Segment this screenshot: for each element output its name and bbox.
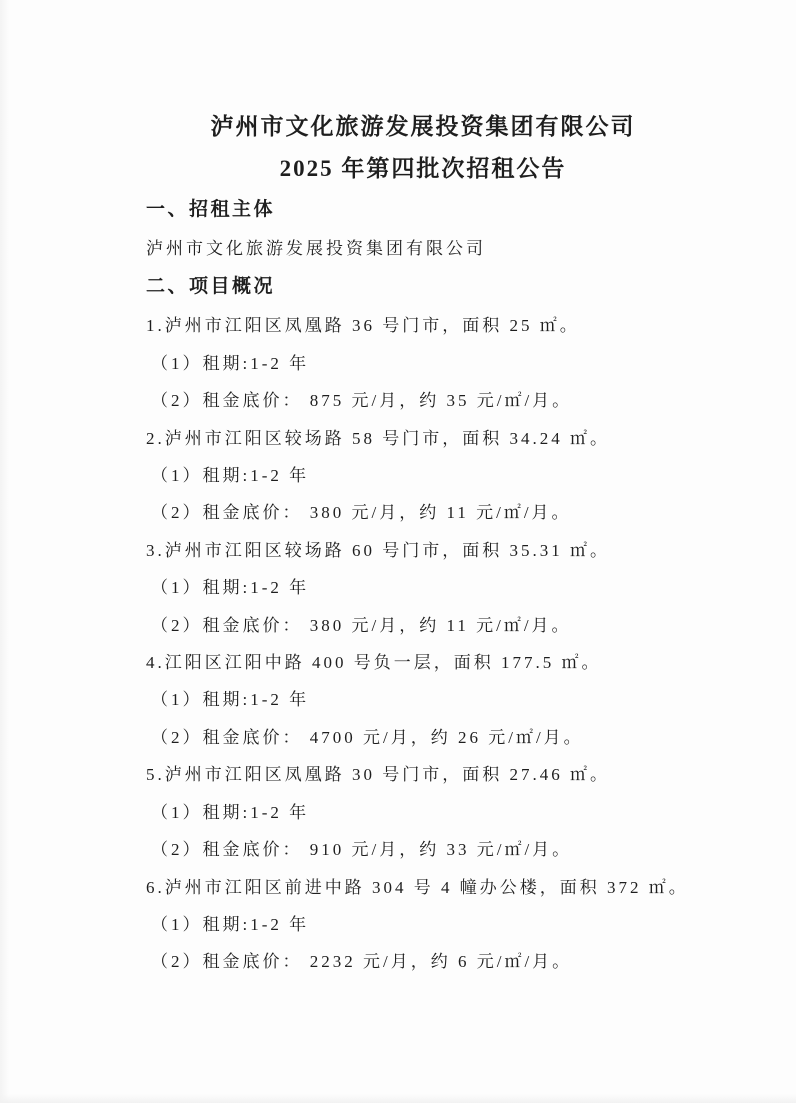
section-1-heading: 一、招租主体 <box>146 190 700 230</box>
document-subtitle: 2025 年第四批次招租公告 <box>146 148 700 190</box>
item-address: 1.泸州市江阳区凤凰路 36 号门市，面积 25 ㎡。 <box>146 307 700 344</box>
item-address: 6.泸州市江阳区前进中路 304 号 4 幢办公楼，面积 372 ㎡。 <box>146 869 700 906</box>
rental-item: 4.江阳区江阳中路 400 号负一层，面积 177.5 ㎡。 （1）租期:1-2… <box>146 644 700 756</box>
item-term: （1）租期:1-2 年 <box>146 794 700 831</box>
rental-item: 3.泸州市江阳区较场路 60 号门市，面积 35.31 ㎡。 （1）租期:1-2… <box>146 532 700 644</box>
document-title: 泸州市文化旅游发展投资集团有限公司 <box>146 106 700 148</box>
item-term: （1）租期:1-2 年 <box>146 681 700 718</box>
rental-item: 6.泸州市江阳区前进中路 304 号 4 幢办公楼，面积 372 ㎡。 （1）租… <box>146 869 700 981</box>
item-term: （1）租期:1-2 年 <box>146 457 700 494</box>
item-rent: （2）租金底价： 2232 元/月，约 6 元/㎡/月。 <box>146 943 700 980</box>
rental-item: 1.泸州市江阳区凤凰路 36 号门市，面积 25 ㎡。 （1）租期:1-2 年 … <box>146 307 700 419</box>
item-rent: （2）租金底价： 875 元/月，约 35 元/㎡/月。 <box>146 382 700 419</box>
page-bottom-edge <box>0 1094 796 1103</box>
item-address: 2.泸州市江阳区较场路 58 号门市，面积 34.24 ㎡。 <box>146 420 700 457</box>
item-term: （1）租期:1-2 年 <box>146 345 700 382</box>
item-rent: （2）租金底价： 4700 元/月，约 26 元/㎡/月。 <box>146 719 700 756</box>
item-rent: （2）租金底价： 380 元/月，约 11 元/㎡/月。 <box>146 494 700 531</box>
page-left-edge <box>0 0 9 1103</box>
item-address: 4.江阳区江阳中路 400 号负一层，面积 177.5 ㎡。 <box>146 644 700 681</box>
item-address: 3.泸州市江阳区较场路 60 号门市，面积 35.31 ㎡。 <box>146 532 700 569</box>
rental-item: 2.泸州市江阳区较场路 58 号门市，面积 34.24 ㎡。 （1）租期:1-2… <box>146 420 700 532</box>
document-page: 泸州市文化旅游发展投资集团有限公司 2025 年第四批次招租公告 一、招租主体 … <box>0 0 796 1103</box>
section-2-heading: 二、项目概况 <box>146 267 700 307</box>
rental-item: 5.泸州市江阳区凤凰路 30 号门市，面积 27.46 ㎡。 （1）租期:1-2… <box>146 756 700 868</box>
item-term: （1）租期:1-2 年 <box>146 906 700 943</box>
item-rent: （2）租金底价： 380 元/月，约 11 元/㎡/月。 <box>146 607 700 644</box>
item-term: （1）租期:1-2 年 <box>146 569 700 606</box>
item-address: 5.泸州市江阳区凤凰路 30 号门市，面积 27.46 ㎡。 <box>146 756 700 793</box>
section-1-body: 泸州市文化旅游发展投资集团有限公司 <box>146 230 700 267</box>
item-rent: （2）租金底价： 910 元/月，约 33 元/㎡/月。 <box>146 831 700 868</box>
